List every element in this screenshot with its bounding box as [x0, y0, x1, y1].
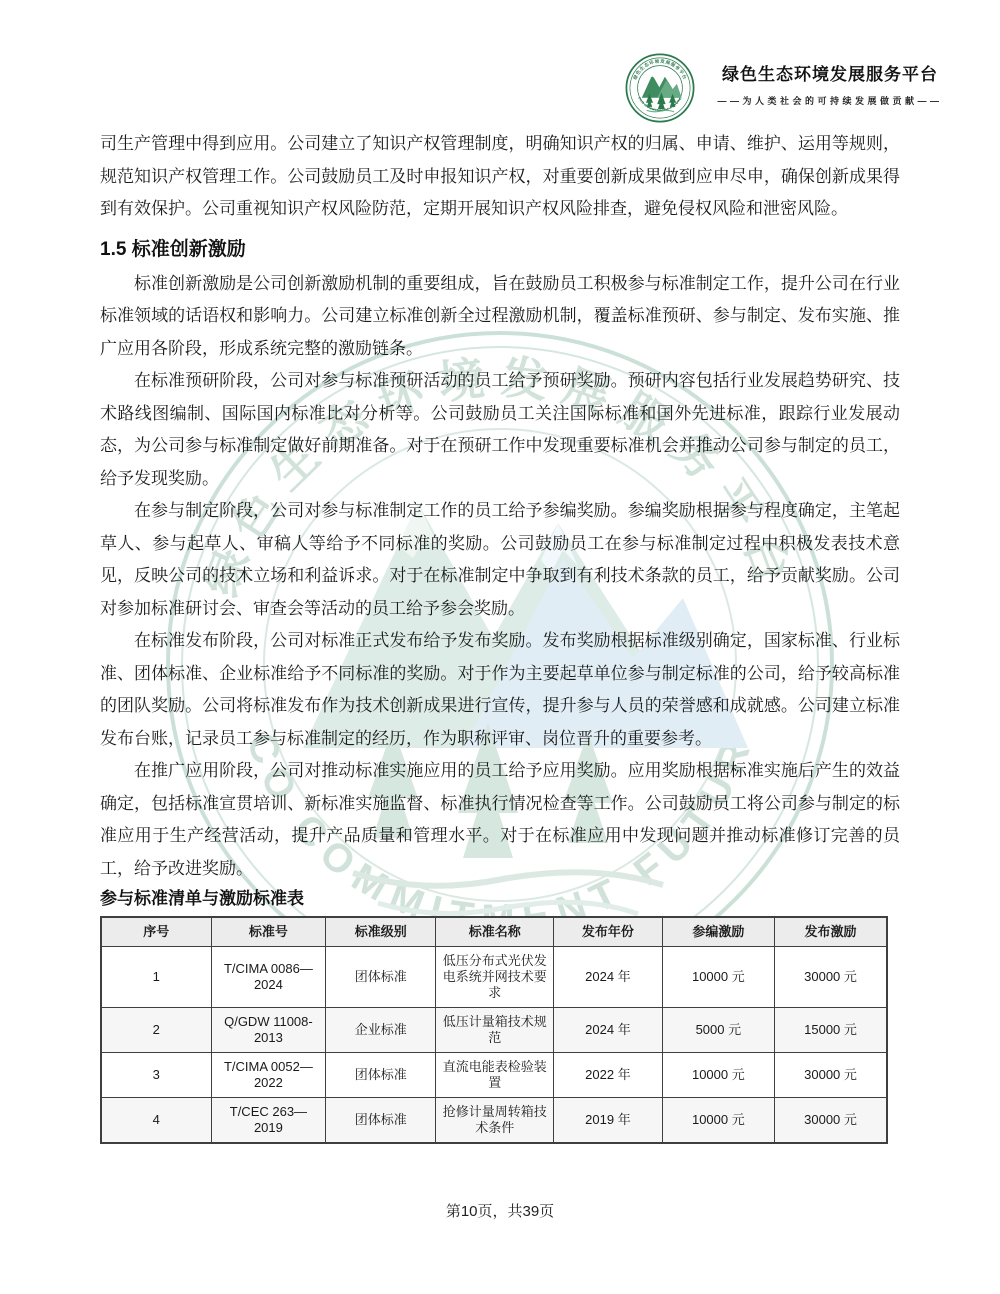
standards-table-head-row: 序号标准号标准级别标准名称发布年份参编激励发布激励	[101, 917, 887, 947]
paragraph: 在标准发布阶段，公司对标准正式发布给予发布奖励。发布奖励根据标准级别确定，国家标…	[100, 625, 900, 755]
standards-table: 序号标准号标准级别标准名称发布年份参编激励发布激励 1T/CIMA 0086—2…	[100, 916, 888, 1144]
paragraph: 在参与制定阶段，公司对参与标准制定工作的员工给予参编奖励。参编奖励根据参与程度确…	[100, 495, 900, 625]
table-row: 2Q/GDW 11008-2013企业标准低压计量箱技术规范2024 年5000…	[101, 1008, 887, 1053]
table-cell: 2019 年	[554, 1098, 662, 1144]
column-header: 标准级别	[326, 917, 436, 947]
eco-seal-logo-icon: 绿色生态环境发展服务平台 ECO COMMITMENT FUTURE	[625, 53, 695, 123]
table-cell: 直流电能表检验装置	[436, 1053, 554, 1098]
table-cell: 2024 年	[554, 947, 662, 1008]
section-heading: 1.5 标准创新激励	[100, 238, 900, 262]
brand-text: 绿色生态环境发展服务平台 ——为人类社会的可持续发展做贡献——	[700, 60, 960, 107]
paragraph-intro: 司生产管理中得到应用。公司建立了知识产权管理制度，明确知识产权的归属、申请、维护…	[100, 128, 900, 226]
table-cell: 4	[101, 1098, 211, 1144]
table-cell: 团体标准	[326, 1053, 436, 1098]
table-cell: 30000 元	[775, 1053, 887, 1098]
table-row: 1T/CIMA 0086—2024团体标准低压分布式光伏发电系统并网技术要求20…	[101, 947, 887, 1008]
table-cell: 抢修计量周转箱技术条件	[436, 1098, 554, 1144]
table-cell: 团体标准	[326, 1098, 436, 1144]
table-cell: T/CIMA 0052—2022	[211, 1053, 326, 1098]
table-cell: 2022 年	[554, 1053, 662, 1098]
table-cell: 企业标准	[326, 1008, 436, 1053]
table-cell: 5000 元	[662, 1008, 774, 1053]
table-cell: 15000 元	[775, 1008, 887, 1053]
table-cell: 低压计量箱技术规范	[436, 1008, 554, 1053]
table-cell: 30000 元	[775, 947, 887, 1008]
table-cell: 2024 年	[554, 1008, 662, 1053]
column-header: 发布年份	[554, 917, 662, 947]
page-header: 绿色生态环境发展服务平台 ECO COMMITMENT FUTURE	[0, 0, 1000, 128]
table-cell: 10000 元	[662, 947, 774, 1008]
column-header: 参编激励	[662, 917, 774, 947]
table-cell: T/CEC 263—2019	[211, 1098, 326, 1144]
table-cell: 3	[101, 1053, 211, 1098]
table-row: 4T/CEC 263—2019团体标准抢修计量周转箱技术条件2019 年1000…	[101, 1098, 887, 1144]
document-page: 绿色生态环境发展服务平台 ECO COMMITMENT FUTURE	[0, 0, 1000, 1294]
paragraph: 在标准预研阶段，公司对参与标准预研活动的员工给予预研奖励。预研内容包括行业发展趋…	[100, 365, 900, 495]
table-cell: 10000 元	[662, 1098, 774, 1144]
column-header: 标准名称	[436, 917, 554, 947]
brand-tagline: ——为人类社会的可持续发展做贡献——	[700, 94, 960, 107]
column-header: 序号	[101, 917, 211, 947]
table-cell: 团体标准	[326, 947, 436, 1008]
brand-title: 绿色生态环境发展服务平台	[700, 60, 960, 85]
table-cell: 30000 元	[775, 1098, 887, 1144]
page-footer: 第10页，共39页	[0, 1200, 1000, 1221]
document-body: 司生产管理中得到应用。公司建立了知识产权管理制度，明确知识产权的归属、申请、维护…	[100, 128, 900, 1144]
column-header: 标准号	[211, 917, 326, 947]
table-cell: 低压分布式光伏发电系统并网技术要求	[436, 947, 554, 1008]
table-row: 3T/CIMA 0052—2022团体标准直流电能表检验装置2022 年1000…	[101, 1053, 887, 1098]
page-number: 第10页，共39页	[446, 1203, 554, 1220]
table-caption: 参与标准清单与激励标准表	[100, 888, 900, 910]
table-cell: 2	[101, 1008, 211, 1053]
table-cell: 10000 元	[662, 1053, 774, 1098]
column-header: 发布激励	[775, 917, 887, 947]
paragraph: 在推广应用阶段，公司对推动标准实施应用的员工给予应用奖励。应用奖励根据标准实施后…	[100, 755, 900, 885]
paragraph: 标准创新激励是公司创新激励机制的重要组成，旨在鼓励员工积极参与标准制定工作，提升…	[100, 268, 900, 366]
table-cell: T/CIMA 0086—2024	[211, 947, 326, 1008]
table-cell: 1	[101, 947, 211, 1008]
brand-logo: 绿色生态环境发展服务平台 ECO COMMITMENT FUTURE	[625, 53, 695, 123]
table-cell: Q/GDW 11008-2013	[211, 1008, 326, 1053]
